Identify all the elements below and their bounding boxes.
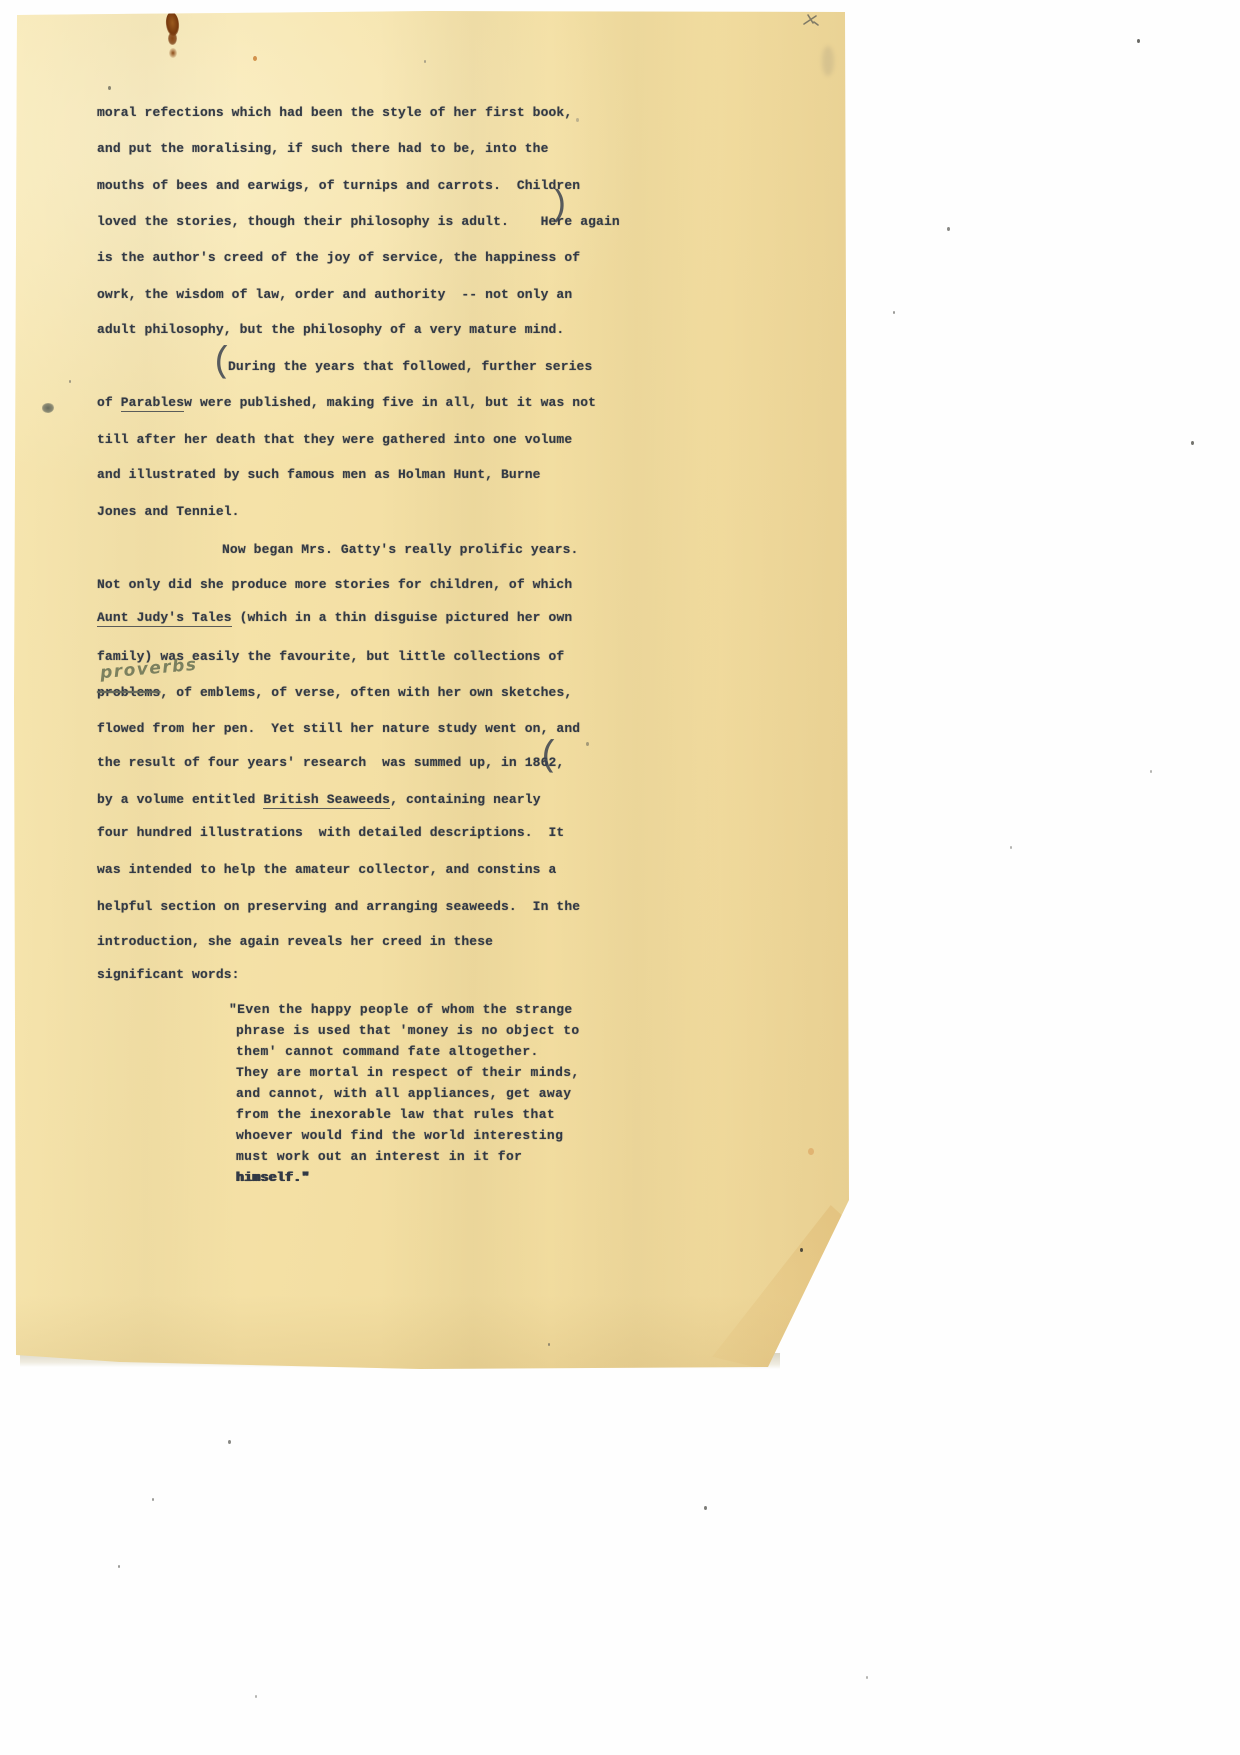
typed-segment: Now began Mrs. Gatty's really prolific y… [222,542,578,557]
typed-segment: loved the stories, though their philosop… [97,214,620,229]
scan-speck [108,86,111,90]
typed-segment: adult philosophy, but the philosophy of … [97,322,564,337]
typed-line: Now began Mrs. Gatty's really prolific y… [222,541,578,559]
typed-segment: and cannot, with all appliances, get awa… [236,1086,571,1101]
scan-speck [800,1248,803,1252]
paper-sheet: moral refections which had been the styl… [0,0,860,1380]
typed-line: During the years that followed, further … [228,358,592,376]
typed-line: is the author's creed of the joy of serv… [97,249,580,267]
typed-segment: is the author's creed of the joy of serv… [97,250,580,265]
typed-line: was intended to help the amateur collect… [97,861,556,879]
typed-line: mouths of bees and earwigs, of turnips a… [97,177,580,195]
scan-speck [118,1565,120,1568]
typed-line: owrk, the wisdom of law, order and autho… [97,286,572,304]
scan-speck [255,1695,257,1698]
typed-segment: was intended to help the amateur collect… [97,862,556,877]
scan-speck [69,380,71,383]
typed-segment: , containing nearly [390,792,541,807]
typed-line: problems, of emblems, of verse, often wi… [97,684,572,702]
scan-speck [893,311,895,314]
typed-segment: (which in a thin disguise pictured her o… [232,610,573,625]
typed-line: Not only did she produce more stories fo… [97,576,572,594]
typed-segment: and put the moralising, if such there ha… [97,141,549,156]
typed-line: the result of four years' research was s… [97,754,564,772]
paper-edge-shading [700,0,860,1380]
scan-speck [152,1498,154,1501]
scan-speck [1191,441,1194,445]
quote-line: himself." [236,1169,310,1187]
scan-speck [586,742,589,746]
typed-segment: helpful section on preserving and arrang… [97,899,580,914]
graphite-smudge [822,46,834,76]
typed-segment: owrk, the wisdom of law, order and autho… [97,287,572,302]
scan-speck [808,1148,814,1155]
scan-speck [548,1343,550,1346]
handwritten-paren-mark: ( [210,344,233,381]
rust-stain [162,12,184,64]
typed-segment: moral refections which had been the styl… [97,105,572,120]
typed-segment: problems [97,685,160,700]
quote-line: them' cannot command fate altogether. [236,1043,539,1061]
typed-segment: significant words: [97,967,240,982]
typed-segment: introduction, she again reveals her cree… [97,934,493,949]
typed-line: of Parablesw were published, making five… [97,394,596,412]
typed-segment: Not only did she produce more stories fo… [97,577,572,592]
typed-line: helpful section on preserving and arrang… [97,898,580,916]
typed-line: Aunt Judy's Tales (which in a thin disgu… [97,609,572,627]
rust-stain-blob [168,32,177,45]
quote-line: must work out an interest in it for [236,1148,522,1166]
typed-segment: must work out an interest in it for [236,1149,522,1164]
typed-segment: During the years that followed, further … [228,359,592,374]
handwritten-paren-mark: ( [537,738,560,775]
handwritten-paren-mark: ) [547,188,570,225]
typed-line: till after her death that they were gath… [97,431,572,449]
typed-line: by a volume entitled British Seaweeds, c… [97,791,541,809]
typed-line: flowed from her pen. Yet still her natur… [97,720,580,738]
typed-segment: till after her death that they were gath… [97,432,572,447]
typed-segment: by a volume entitled [97,792,263,807]
scan-speck [424,60,426,63]
typed-line: Jones and Tenniel. [97,503,240,521]
typed-segment: British Seaweeds [263,792,390,809]
typed-segment: himself." [236,1170,310,1185]
typed-line: and illustrated by such famous men as Ho… [97,466,541,484]
quote-line: and cannot, with all appliances, get awa… [236,1085,571,1103]
scan-speck [228,1440,231,1444]
typed-segment: , of emblems, of verse, often with her o… [160,685,572,700]
scan-speck [947,227,950,231]
typed-segment: Parables [121,395,184,412]
typed-segment: They are mortal in respect of their mind… [236,1065,580,1080]
typed-segment: mouths of bees and earwigs, of turnips a… [97,178,580,193]
typed-segment: four hundred illustrations with detailed… [97,825,564,840]
typed-line: significant words: [97,966,240,984]
scan-speck [1150,770,1152,773]
scan-speck [1010,846,1012,849]
typed-segment: flowed from her pen. Yet still her natur… [97,721,580,736]
typed-segment: from the inexorable law that rules that [236,1107,555,1122]
typed-line: loved the stories, though their philosop… [97,213,620,231]
typed-segment: w were published, making five in all, bu… [184,395,596,410]
typed-line: adult philosophy, but the philosophy of … [97,321,564,339]
typed-segment: and illustrated by such famous men as Ho… [97,467,541,482]
typed-line: moral refections which had been the styl… [97,104,572,122]
scanned-page: moral refections which had been the styl… [0,0,1240,1755]
quote-line: "Even the happy people of whom the stran… [229,1001,573,1019]
typed-segment: the result of four years' research was s… [97,755,564,770]
scan-speck [704,1506,707,1510]
scan-speck [253,56,257,61]
typed-segment: phrase is used that 'money is no object … [236,1023,580,1038]
quote-line: phrase is used that 'money is no object … [236,1022,580,1040]
rust-stain-blob [169,48,177,58]
typed-segment: whoever would find the world interesting [236,1128,563,1143]
typed-segment: Aunt Judy's Tales [97,610,232,627]
typed-line: introduction, she again reveals her cree… [97,933,493,951]
typed-segment: of [97,395,121,410]
typed-segment: "Even the happy people of whom the stran… [229,1002,573,1017]
typed-segment: Jones and Tenniel. [97,504,240,519]
quote-line: They are mortal in respect of their mind… [236,1064,580,1082]
typed-line: four hundred illustrations with detailed… [97,824,564,842]
quote-line: whoever would find the world interesting [236,1127,563,1145]
typed-line: and put the moralising, if such there ha… [97,140,549,158]
scan-speck [1137,39,1140,43]
pencil-mark-icon [802,13,820,28]
scan-speck [576,118,579,122]
typed-segment: them' cannot command fate altogether. [236,1044,539,1059]
quote-line: from the inexorable law that rules that [236,1106,555,1124]
scan-speck [866,1676,868,1679]
